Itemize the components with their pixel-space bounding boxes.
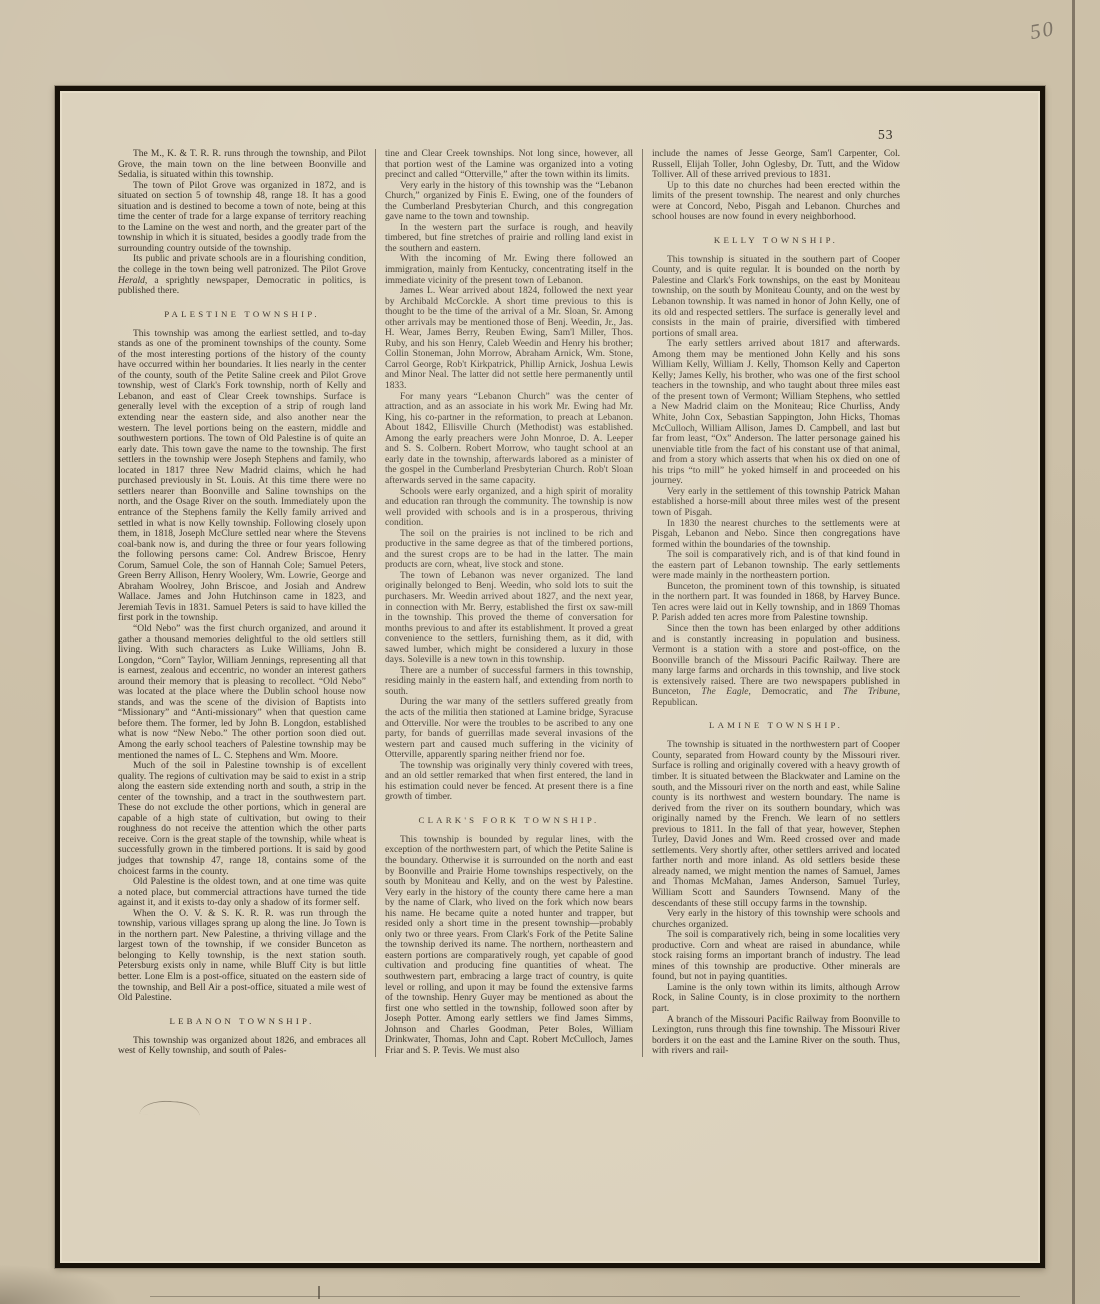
column-1: The M., K. & T. R. R. runs through the t… xyxy=(118,149,375,1057)
paragraph: James L. Wear arrived about 1824, follow… xyxy=(385,286,633,391)
paragraph: There are a number of successful farmers… xyxy=(385,666,633,698)
text-area: The M., K. & T. R. R. runs through the t… xyxy=(118,149,900,1057)
pen-scratch-artifact xyxy=(140,1099,201,1118)
paragraph: For many years “Lebanon Church” was the … xyxy=(385,392,633,487)
paragraph: Since then the town has been enlarged by… xyxy=(652,624,900,708)
scan-corner-shadow xyxy=(0,1264,120,1304)
printed-page-frame: 53 The M., K. & T. R. R. runs through th… xyxy=(55,86,1045,1268)
paragraph: A branch of the Missouri Pacific Railway… xyxy=(652,1015,900,1057)
scan-page-edge-artifact xyxy=(1072,0,1075,1304)
paragraph: include the names of Jesse George, Sam'l… xyxy=(652,149,900,181)
paragraph: The early settlers arrived about 1817 an… xyxy=(652,339,900,487)
paragraph: The town of Lebanon was never organized.… xyxy=(385,571,633,666)
section-heading: KELLY TOWNSHIP. xyxy=(652,235,900,245)
three-column-text: The M., K. & T. R. R. runs through the t… xyxy=(118,149,900,1057)
paragraph: Very early in the history of this townsh… xyxy=(652,909,900,930)
paragraph: With the incoming of Mr. Ewing there fol… xyxy=(385,254,633,286)
paragraph: The M., K. & T. R. R. runs through the t… xyxy=(118,149,366,181)
column-2: tine and Clear Creek townships. Not long… xyxy=(375,149,643,1057)
paragraph: This township is situated in the souther… xyxy=(652,255,900,339)
paragraph: Its public and private schools are in a … xyxy=(118,254,366,296)
paragraph: In 1830 the nearest churches to the sett… xyxy=(652,519,900,551)
paragraph: Up to this date no churches had been ere… xyxy=(652,181,900,223)
column-3: include the names of Jesse George, Sam'l… xyxy=(643,149,900,1057)
handwritten-page-number: 50 xyxy=(1028,16,1057,45)
paragraph: This township was organized about 1826, … xyxy=(118,1036,366,1057)
paragraph: tine and Clear Creek townships. Not long… xyxy=(385,149,633,181)
paragraph: Old Palestine is the oldest town, and at… xyxy=(118,877,366,909)
section-heading: CLARK'S FORK TOWNSHIP. xyxy=(385,815,633,825)
paragraph: The township is situated in the northwes… xyxy=(652,740,900,909)
paragraph: The town of Pilot Grove was organized in… xyxy=(118,181,366,255)
paragraph: “Old Nebo” was the first church organize… xyxy=(118,624,366,761)
paragraph: The township was originally very thinly … xyxy=(385,761,633,803)
paragraph: In the western part the surface is rough… xyxy=(385,223,633,255)
scan-bottom-line-artifact xyxy=(150,1296,1020,1297)
paragraph: The soil is comparatively rich, and is o… xyxy=(652,550,900,582)
section-heading: LAMINE TOWNSHIP. xyxy=(652,720,900,730)
scanned-atlas-page: { "page": { "handwritten_number": "50", … xyxy=(0,0,1100,1304)
paragraph: This township was among the earliest set… xyxy=(118,329,366,624)
paragraph: Much of the soil in Palestine township i… xyxy=(118,761,366,877)
paragraph: Bunceton, the prominent town of this tow… xyxy=(652,582,900,624)
section-heading: LEBANON TOWNSHIP. xyxy=(118,1016,366,1026)
paragraph: Very early in the settlement of this tow… xyxy=(652,487,900,519)
paragraph: This township is bounded by regular line… xyxy=(385,835,633,1056)
page-number: 53 xyxy=(878,127,894,143)
paragraph: The soil is comparatively rich, being in… xyxy=(652,930,900,983)
scan-bottom-tick-artifact xyxy=(318,1286,320,1299)
paragraph: When the O. V. & S. K. R. R. was run thr… xyxy=(118,909,366,1004)
section-heading: PALESTINE TOWNSHIP. xyxy=(118,309,366,319)
paragraph: Very early in the history of this townsh… xyxy=(385,181,633,223)
paragraph: Schools were early organized, and a high… xyxy=(385,487,633,529)
paragraph: During the war many of the settlers suff… xyxy=(385,697,633,760)
paragraph: Lamine is the only town within its limit… xyxy=(652,983,900,1015)
paragraph: The soil on the prairies is not inclined… xyxy=(385,529,633,571)
